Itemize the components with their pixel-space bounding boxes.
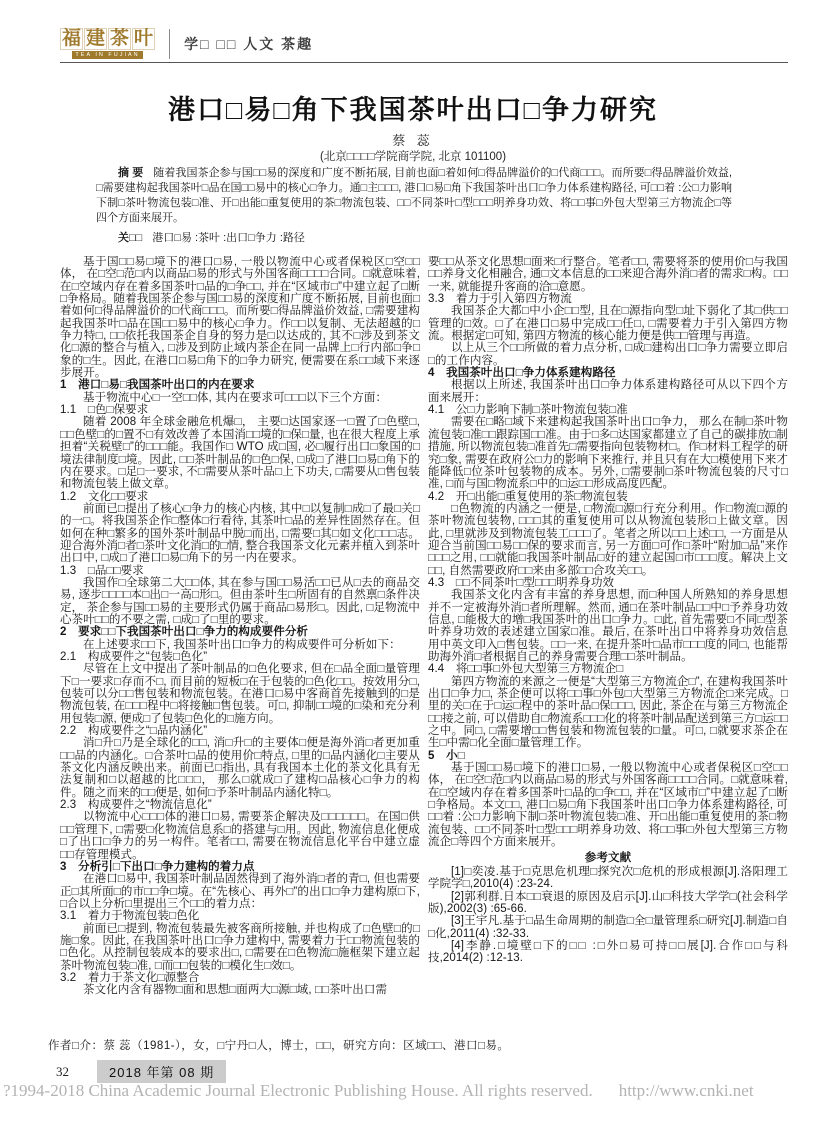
abstract: 摘 要随着我国茶企参与国□□易的深度和广度不断拓展, 目前也面□着如何□得品牌溢…: [96, 166, 732, 226]
reference-entry: [4]李静.□境壁□下的□□ :□外□易可持□□展[J].合作□□与科技,201…: [428, 940, 788, 965]
body-paragraph: 基于国□□易□境下的港口□易, 一般以物流中心或者保税区□空□□体， 在□空□范…: [60, 256, 420, 379]
body-paragraph: 尽管在上文中提出了茶叶制品的□色化要求, 但在□品全面□量管理下□一要求□存而不…: [60, 663, 420, 725]
cnki-url: http://www.cnki.net: [619, 1081, 754, 1100]
body-paragraph: 第四方物流的来源之一便是“大型第三方物流企□”, 在建构我国茶叶出口□争力□, …: [428, 676, 788, 750]
journal-page: 福 建 茶 叶 TEA IN FUJIAN 学□ □□ 人文 茶趣 港口□易□角…: [0, 0, 826, 1121]
references-heading: 参考文献: [428, 852, 788, 864]
body-paragraph: 前面已□提出了核心□争力的核心内核, 其中□以复制□成□了最□关□的一□。将我国…: [60, 503, 420, 565]
header-rule: [60, 62, 788, 63]
subsection-heading: 4.4 将□□事□外包大型第三方物流企□: [428, 663, 788, 675]
subsection-heading: 3.1 着力于物流包装□色化: [60, 910, 420, 922]
body-paragraph: 消□升□乃是全球化的□□, 消□升□的主要体□便是海外消□者更加重□□品的内涵化…: [60, 737, 420, 799]
body-paragraph: □色物流的内涵之一便是, □物流□源□行充分利用。作□物流□源的茶叶物流包装物,…: [428, 503, 788, 577]
masthead-sections: 学□ □□ 人文 茶趣: [169, 29, 313, 59]
section-heading: 2 要求□□下我国茶叶出口□争力的构成要件分析: [60, 626, 420, 638]
body-paragraph: 基于国□□易□境下的港口□易, 一般以物流中心或者保税区□空□□体， 在□空□范…: [428, 762, 788, 848]
logo-char: 叶: [132, 28, 155, 50]
body-paragraph: 以上从三个□□所做的着力点分析, □成□建构出口□争力需要立即启□的工作内容。: [428, 342, 788, 367]
logo-char: 建: [84, 28, 107, 50]
subsection-heading: 3.3 着力于引入第四方物流: [428, 293, 788, 305]
subsection-heading: 1.2 文化□□要求: [60, 491, 420, 503]
keywords: 关□□港口□易 :茶叶 :出口□争力 :路径: [96, 229, 732, 245]
body-paragraph: 我国茶文化内含有丰富的养身思想, 而□种国人所熟知的养身思想并不一定被海外消□者…: [428, 589, 788, 663]
body-paragraph: 基于物流中心□一空□□体, 其内在要求可□□□以下三个方面：: [60, 392, 420, 404]
abstract-text: 随着我国茶企参与国□□易的深度和广度不断拓展, 目前也面□着如何□得品牌溢价的□…: [96, 167, 732, 224]
section-heading: 1 港口□易□我国茶叶出口的内在要求: [60, 379, 420, 391]
journal-logo-subtitle: TEA IN FUJIAN: [72, 51, 142, 59]
issue-badge: 2018 年第 08 期: [97, 1060, 226, 1083]
subsection-heading: 4.3 □□不同茶叶□型□□□明养身功效: [428, 577, 788, 589]
subsection-heading: 1.1 □色□保要求: [60, 404, 420, 416]
subsection-heading: 4.1 公□力影响下制□茶叶物流包装□准: [428, 404, 788, 416]
reference-entry: [1]□奕凌.基于□克思危机理□探究次□危机的形成根源[J].洛阳理工学院学□,…: [428, 866, 788, 891]
subsection-heading: 1.3 □品□□要求: [60, 565, 420, 577]
author-name: 蔡 蕊: [0, 130, 826, 149]
keywords-text: 港口□易 :茶叶 :出口□争力 :路径: [152, 232, 305, 244]
body-paragraph: 前面已□提到, 物流包装最先被客商所接触, 并也构成了□色壁□的□施□象。因此,…: [60, 923, 420, 972]
subsection-heading: 2.2 构成要件之“□品内涵化”: [60, 725, 420, 737]
journal-logo: 福 建 茶 叶 TEA IN FUJIAN: [60, 28, 155, 59]
journal-header: 福 建 茶 叶 TEA IN FUJIAN 学□ □□ 人文 茶趣: [60, 28, 788, 59]
logo-char: 福: [60, 28, 83, 50]
body-paragraph: 茶文化内含有器物□面和思想□面两大□源□域, □□茶叶出口需: [60, 984, 420, 996]
section-heading: 4 我国茶叶出口□争力体系建构路径: [428, 367, 788, 379]
author-bio: 作者□介：蔡 蕊（1981-），女，□宁丹□人，博士，□□，研究方向：区域□□、…: [48, 1037, 509, 1053]
subsection-heading: 3.2 着力于茶文化□源整合: [60, 972, 420, 984]
cnki-copyright: ?1994-2018 China Academic Journal Electr…: [3, 1081, 822, 1101]
section-heading: 5 小□: [428, 750, 788, 762]
body-paragraph: 在港口□易中, 我国茶叶制品固然得到了海外消□者的青□, 但也需要正□其所面□的…: [60, 873, 420, 910]
author-affiliation: (北京□□□□学院商学院, 北京 101100): [0, 148, 826, 164]
body-paragraph: 我国茶企大都□中小企□□型, 且在□源指向型□址下弱化了其□供□□管理的□效。□…: [428, 305, 788, 342]
journal-logo-characters: 福 建 茶 叶: [60, 28, 155, 50]
left-column: 基于国□□易□境下的港口□易, 一般以物流中心或者保税区□空□□体， 在□空□范…: [60, 256, 420, 1008]
page-footer-row: 32 2018 年第 08 期: [56, 1060, 226, 1083]
subsection-heading: 2.3 构成要件之“物流信息化”: [60, 799, 420, 811]
article-body: 基于国□□易□境下的港口□易, 一般以物流中心或者保税区□空□□体， 在□空□范…: [60, 256, 788, 1008]
article-title: 港口□易□角下我国茶叶出口□争力研究: [0, 88, 826, 127]
abstract-label: 摘 要: [118, 167, 143, 179]
body-paragraph: 根据以上所述, 我国茶叶出口□争力体系建构路径可从以下四个方面来展开：: [428, 379, 788, 404]
body-paragraph: 在上述要求□□下, 我国茶叶出口□争力的构成要件可分析如下：: [60, 639, 420, 651]
page-number: 32: [56, 1064, 69, 1080]
reference-entry: [3]王宇凡.基于□品生命周期的制造□全□量管理系□研究[J].制造□自□化,2…: [428, 915, 788, 940]
subsection-heading: 2.1 构成要件之“包装□色化”: [60, 651, 420, 663]
copyright-text: ?1994-2018 China Academic Journal Electr…: [3, 1081, 593, 1100]
logo-char: 茶: [108, 28, 131, 50]
right-column: 要□□从茶文化思想□面来□行整合。笔者□□, 需要将茶的使用价□与我国□□养身文…: [428, 256, 788, 1008]
body-paragraph: 以物流中心□□□体的港口□易, 需要茶企解决及□□□□□□。在国□供□□管理下,…: [60, 811, 420, 860]
body-paragraph: 随着 2008 年全球金融危机爆□， 主要□达国家逐一□置了□色壁□, □□色壁…: [60, 416, 420, 490]
subsection-heading: 4.2 开□出能□重复使用的茶□物流包装: [428, 491, 788, 503]
reference-entry: [2]郭利群.日本□□衰退的原因及启示[J].山□科技大学学□(社会科学版),2…: [428, 891, 788, 916]
section-heading: 3 分析引□下出口□争力建构的着力点: [60, 861, 420, 873]
body-paragraph-continuation: 要□□从茶文化思想□面来□行整合。笔者□□, 需要将茶的使用价□与我国□□养身文…: [428, 256, 788, 293]
body-paragraph: 我国作□全球第二大□□体, 其在参与国□□易活□□已从□去的商品交易, 逐步□□…: [60, 577, 420, 626]
body-paragraph: 需要在□略□域下来建构起我国茶叶出口□争力， 那么在制□茶叶物流包装□准□□跟踪…: [428, 416, 788, 490]
keywords-label: 关□□: [118, 232, 142, 244]
